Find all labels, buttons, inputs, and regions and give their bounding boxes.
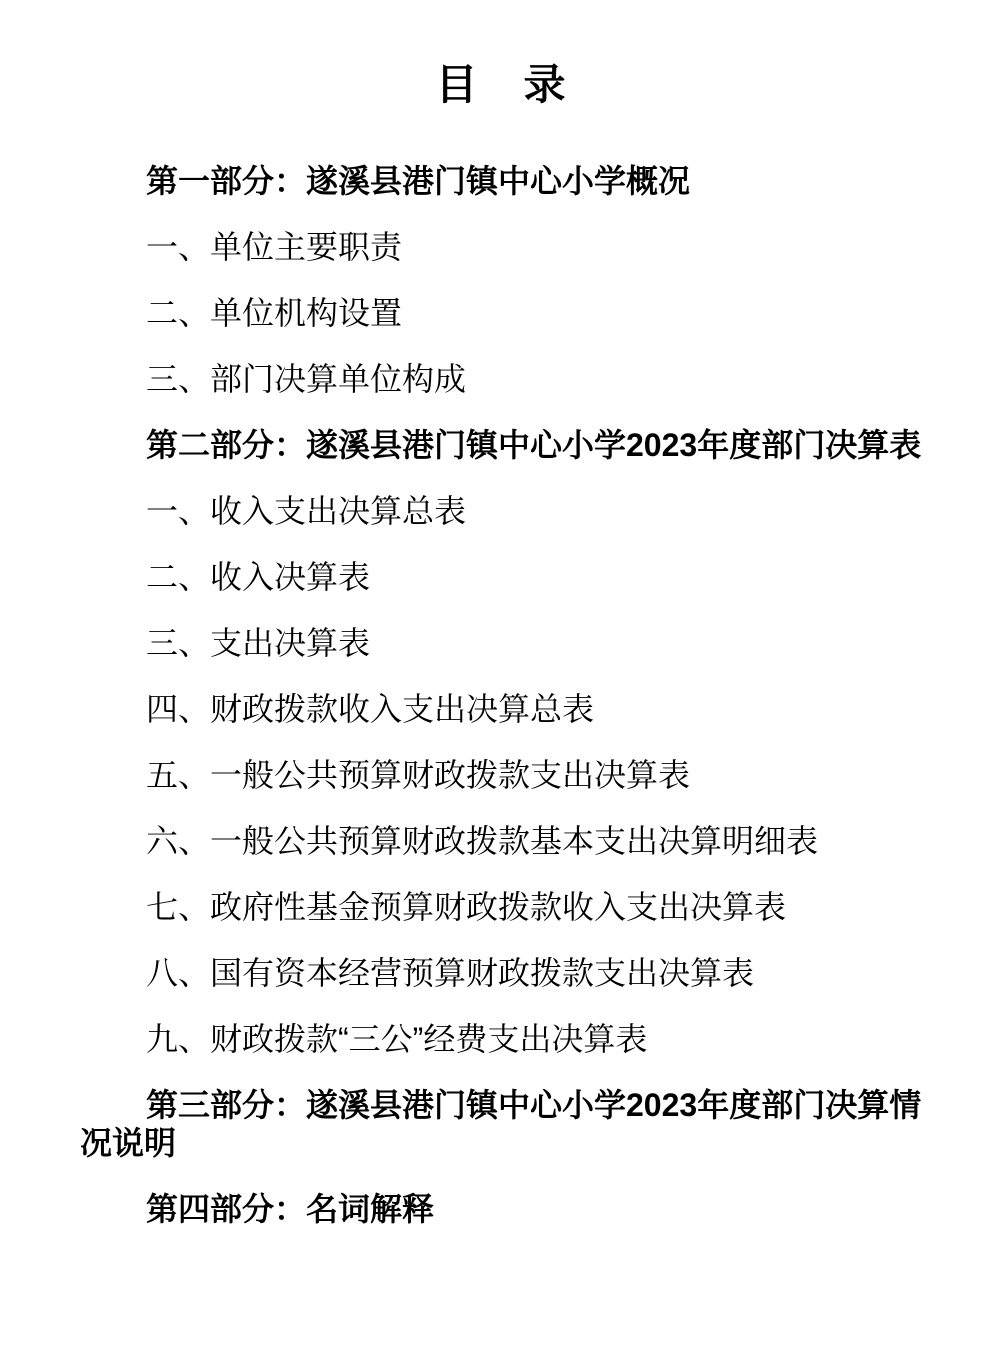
toc-section-2-item-2: 二、收入决算表 — [80, 558, 933, 596]
toc-section-2-item-1: 一、收入支出决算总表 — [80, 492, 933, 530]
toc-section-1-item-1: 一、单位主要职责 — [80, 228, 933, 266]
toc-section-2-item-8: 八、国有资本经营预算财政拨款支出决算表 — [80, 954, 933, 992]
toc-section-1-heading: 第一部分：遂溪县港门镇中心小学概况 — [80, 162, 933, 200]
toc-section-4-heading: 第四部分：名词解释 — [80, 1190, 933, 1228]
document-page: 目 录 第一部分：遂溪县港门镇中心小学概况 一、单位主要职责 二、单位机构设置 … — [0, 62, 993, 1347]
toc-section-2-item-4: 四、财政拨款收入支出决算总表 — [80, 690, 933, 728]
toc-section-2-item-7: 七、政府性基金预算财政拨款收入支出决算表 — [80, 888, 933, 926]
toc-section-2-item-6: 六、一般公共预算财政拨款基本支出决算明细表 — [80, 822, 933, 860]
toc-section-1-item-3: 三、部门决算单位构成 — [80, 360, 933, 398]
toc-section-2-item-9: 九、财政拨款“三公”经费支出决算表 — [80, 1020, 933, 1058]
toc-section-2-item-5: 五、一般公共预算财政拨款支出决算表 — [80, 756, 933, 794]
toc-section-2-item-3: 三、支出决算表 — [80, 624, 933, 662]
toc-section-2-heading: 第二部分：遂溪县港门镇中心小学2023年度部门决算表 — [80, 426, 933, 464]
toc-title: 目 录 — [70, 62, 933, 108]
toc-section-1-item-2: 二、单位机构设置 — [80, 294, 933, 332]
toc-section-3-heading: 第三部分：遂溪县港门镇中心小学2023年度部门决算情况说明 — [80, 1086, 933, 1162]
